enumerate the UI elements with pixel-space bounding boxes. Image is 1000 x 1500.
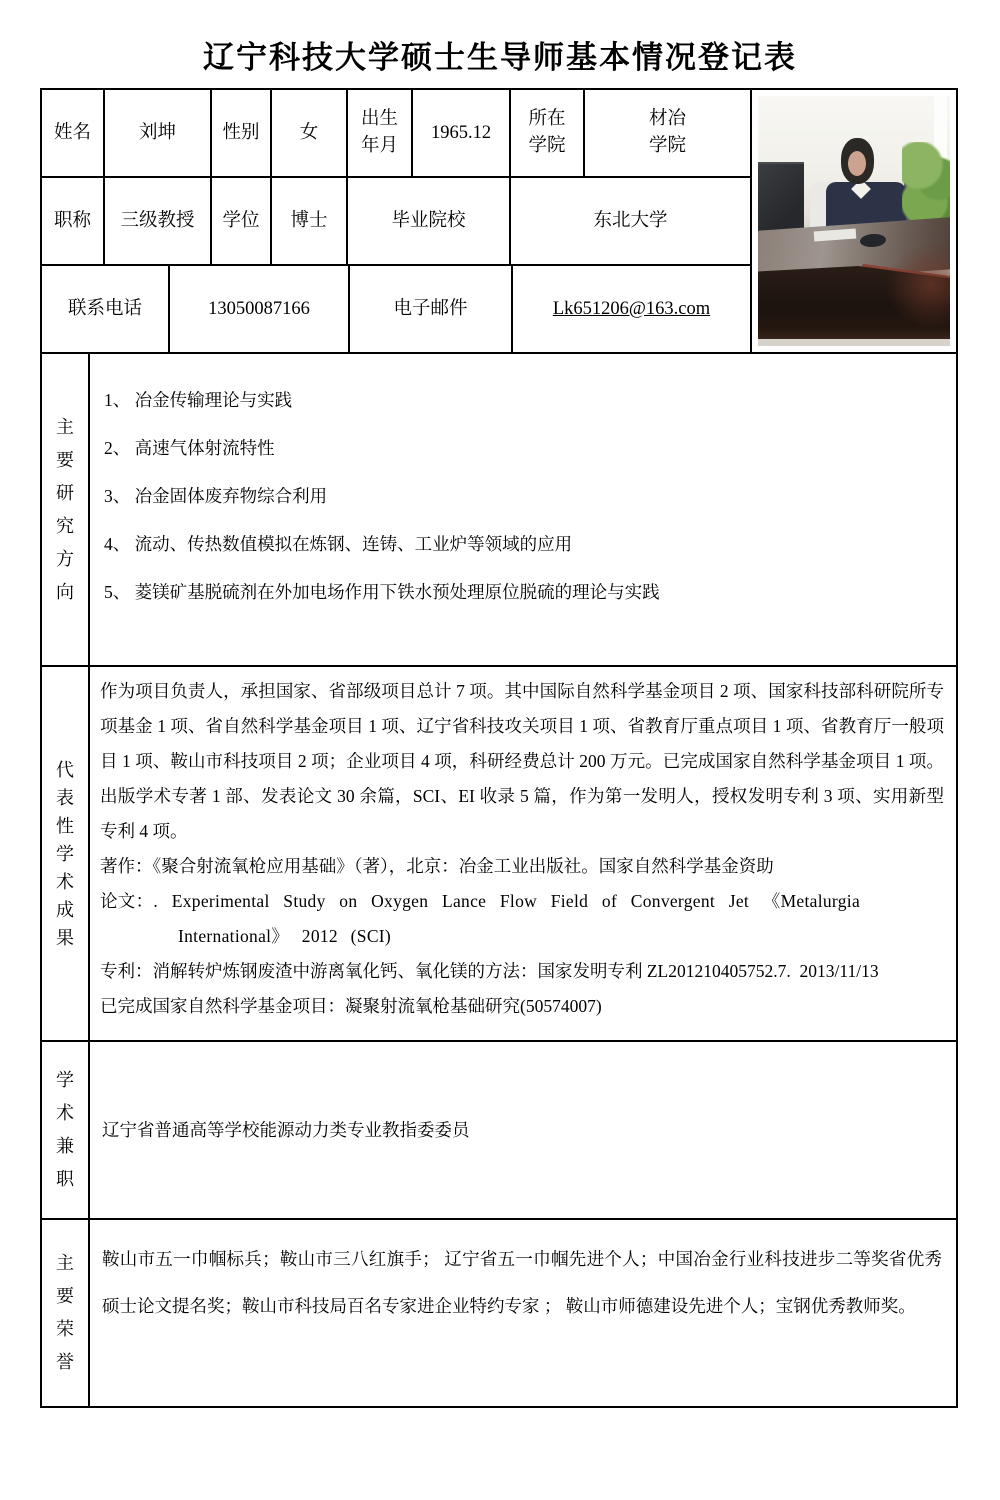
email-link[interactable]: Lk651206@163.com: [553, 296, 710, 323]
college-value: 材冶 学院: [585, 90, 750, 176]
achievements-label: 代 表 性 学 术 成 果: [42, 667, 90, 1040]
photo-monitor: [758, 162, 804, 236]
gender-value: 女: [272, 90, 348, 176]
phone-value: 13050087166: [170, 266, 350, 352]
section-achievements: 代 表 性 学 术 成 果 作为项目负责人，承担国家、省部级项目总计 7 项。其…: [42, 667, 956, 1042]
degree-value: 博士: [272, 178, 348, 264]
grad-school-value: 东北大学: [511, 178, 750, 264]
photo-bottom-strip: [758, 339, 950, 346]
section-academic-positions: 学 术 兼 职 辽宁省普通高等学校能源动力类专业教指委委员: [42, 1042, 956, 1220]
email-label: 电子邮件: [350, 266, 513, 352]
name-value: 刘坤: [105, 90, 212, 176]
registration-table: 姓名 刘坤 性别 女 出生 年月 1965.12 所在 学院 材冶 学院 职称 …: [40, 88, 958, 1408]
gender-label: 性别: [212, 90, 272, 176]
research-item: 1、 冶金传输理论与实践: [104, 384, 942, 417]
basic-info-grid: 姓名 刘坤 性别 女 出生 年月 1965.12 所在 学院 材冶 学院 职称 …: [42, 90, 750, 352]
research-item: 4、 流动、传热数值模拟在炼钢、连铸、工业炉等领域的应用: [104, 528, 942, 561]
section-research-directions: 主 要 研 究 方 向 1、 冶金传输理论与实践 2、 高速气体射流特性 3、 …: [42, 354, 956, 667]
email-cell: Lk651206@163.com: [513, 266, 750, 352]
info-row-2: 职称 三级教授 学位 博士 毕业院校 东北大学: [42, 178, 750, 266]
birth-value: 1965.12: [413, 90, 511, 176]
research-item: 5、 菱镁矿基脱硫剂在外加电场作用下铁水预处理原位脱硫的理论与实践: [104, 576, 942, 609]
birth-label: 出生 年月: [348, 90, 413, 176]
prof-title-value: 三级教授: [105, 178, 212, 264]
research-item: 2、 高速气体射流特性: [104, 432, 942, 465]
completed-project-line: 已完成国家自然科学基金项目：凝聚射流氧枪基础研究(50574007): [100, 989, 944, 1024]
honors-content: 鞍山市五一巾帼标兵；鞍山市三八红旗手； 辽宁省五一巾帼先进个人；中国冶金行业科技…: [90, 1220, 956, 1406]
academic-positions-label: 学 术 兼 职: [42, 1042, 90, 1218]
basic-info-block: 姓名 刘坤 性别 女 出生 年月 1965.12 所在 学院 材冶 学院 职称 …: [42, 90, 956, 354]
paper-line-2: International》 2012 (SCI): [178, 919, 944, 954]
page-title: 辽宁科技大学硕士生导师基本情况登记表: [0, 32, 1000, 77]
photo-desk-glow: [886, 242, 950, 328]
paper-line-1: 论文：. Experimental Study on Oxygen Lance …: [100, 884, 944, 919]
info-row-1: 姓名 刘坤 性别 女 出生 年月 1965.12 所在 学院 材冶 学院: [42, 90, 750, 178]
academic-positions-content: 辽宁省普通高等学校能源动力类专业教指委委员: [90, 1042, 956, 1218]
prof-title-label: 职称: [42, 178, 105, 264]
photo-person-face: [848, 151, 866, 176]
grad-school-label: 毕业院校: [348, 178, 511, 264]
achievements-content: 作为项目负责人，承担国家、省部级项目总计 7 项。其中国际自然科学基金项目 2 …: [90, 667, 956, 1040]
photo-cell: [750, 90, 956, 352]
research-item: 3、 冶金固体废弃物综合利用: [104, 480, 942, 513]
achievements-paragraph: 作为项目负责人，承担国家、省部级项目总计 7 项。其中国际自然科学基金项目 2 …: [100, 674, 944, 849]
college-label: 所在 学院: [511, 90, 585, 176]
supervisor-photo: [758, 96, 950, 346]
research-directions-content: 1、 冶金传输理论与实践 2、 高速气体射流特性 3、 冶金固体废弃物综合利用 …: [90, 354, 956, 665]
info-row-3: 联系电话 13050087166 电子邮件 Lk651206@163.com: [42, 266, 750, 352]
phone-label: 联系电话: [42, 266, 170, 352]
patent-line: 专利：消解转炉炼钢废渣中游离氧化钙、氧化镁的方法：国家发明专利 ZL201210…: [100, 954, 944, 989]
section-honors: 主 要 荣 誉 鞍山市五一巾帼标兵；鞍山市三八红旗手； 辽宁省五一巾帼先进个人；…: [42, 1220, 956, 1406]
honors-label: 主 要 荣 誉: [42, 1220, 90, 1406]
registration-form-page: 辽宁科技大学硕士生导师基本情况登记表 姓名 刘坤 性别 女 出生 年月 1965…: [0, 0, 1000, 1500]
degree-label: 学位: [212, 178, 272, 264]
name-label: 姓名: [42, 90, 105, 176]
book-line: 著作：《聚合射流氧枪应用基础》（著），北京：冶金工业出版社。国家自然科学基金资助: [100, 849, 944, 884]
research-directions-label: 主 要 研 究 方 向: [42, 354, 90, 665]
